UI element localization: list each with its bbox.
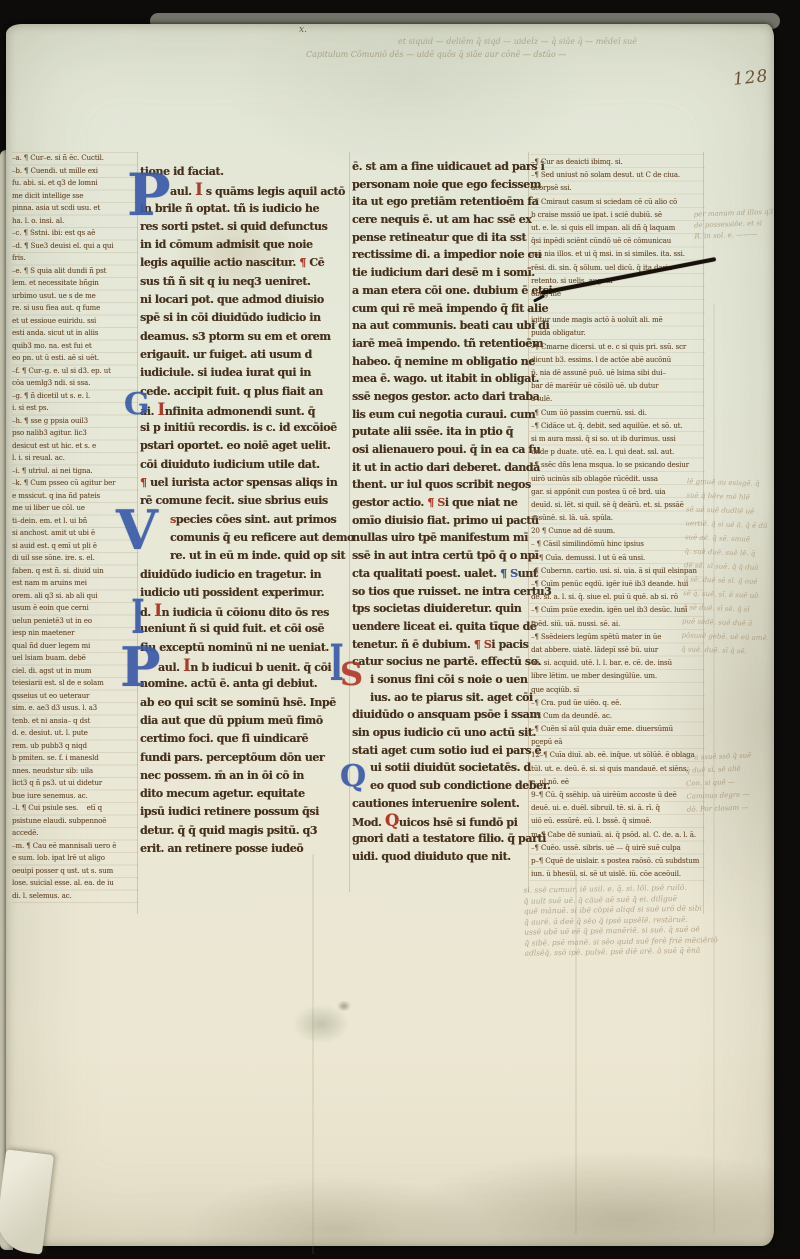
- text-line: 12–¶ Cuīa diuī. ab. eē. inq̄ue. ut sōlūē…: [531, 749, 706, 762]
- text-line: cautiones interuenire solent.: [352, 795, 530, 813]
- text-line: [531, 301, 706, 314]
- text-line: ssē negos gestor. acto dari traba: [352, 388, 530, 406]
- text-line: –¶ Sed uniust nō solam desut. ut C de ci…: [531, 169, 706, 182]
- text-line: –k. ¶ Cum psseo cū agitur ber: [12, 477, 138, 490]
- text-line: –e. ¶ S quia alit dundi ñ pst: [12, 265, 138, 278]
- text-line: a man etera cōi one. dubium ē etsi: [352, 282, 530, 300]
- text-line: e sum. lob. ipat lrē ut aligo: [12, 852, 138, 865]
- text-line: –¶ Cur as deaicti ibimq. si.: [531, 156, 706, 169]
- text-line: tenb. et ni ansia– q dst: [12, 715, 138, 728]
- text-line: oeuipi posser q ust. ut s. sum: [12, 865, 138, 878]
- text-line: iun. ū bhesūl. si. sē ut uislē. iū. cōe …: [531, 868, 706, 881]
- text-line: diuidūdo iudicio en tragetur. in: [140, 566, 352, 584]
- text-line: –¶ Cmarne dicersi. ut e. c si quis pri. …: [531, 341, 706, 354]
- text-line: –i. ¶ utriul. ai nei tigna.: [12, 465, 138, 478]
- text-line: ssā nia illos. et ui q̄ msi. in si simil…: [531, 248, 706, 261]
- text-line: q̄si inpēdi sciēnt cūndō uē cē cōmunicau: [531, 235, 706, 248]
- text-line: d. In iudicia ū cōionu dito ōs res: [140, 602, 352, 620]
- text-line: catur socius ne partē. effectū so.: [352, 653, 530, 671]
- text-line: –¶ Cuēo. ussē. sibris. uē — q̄ uirē suē …: [531, 842, 706, 855]
- text-line: et ut essioue euiridu. ssi: [12, 315, 138, 328]
- main-text-column-1: tione id faciat.aul. I s quāms legis aqu…: [140, 163, 352, 858]
- text-line: p̄. nia dē assunē puō. uē lsima sibi dui…: [531, 367, 706, 380]
- text-line: l. i. si reual. ac.: [12, 452, 138, 465]
- text-line: lict3 q ñ ps3. ut ui didetur: [12, 777, 138, 790]
- text-line: re. ut in eū m inde. quid op sit: [140, 547, 352, 565]
- text-line: bue iure senemus. ac.: [12, 790, 138, 803]
- text-line: me dicit intellige sse: [12, 190, 138, 203]
- text-line: est nam m aruins mei: [12, 577, 138, 590]
- text-line: thent. ur iul quos scribit negos: [352, 476, 530, 494]
- text-line: res sorti pstet. si quid defunctus: [140, 218, 352, 236]
- text-line: ai. Infinita admonendi sunt. q̄: [140, 401, 352, 419]
- text-line: pso nalib3 agitur. lic3: [12, 427, 138, 440]
- text-line: comunis q̄ eu reficere aut demo: [140, 529, 352, 547]
- text-line: tie iudicium dari desē m i somī.: [352, 264, 530, 282]
- text-line: i sonus fini cōi s noie o uen: [352, 671, 530, 689]
- text-line: ut. e. le. si quis ell impan. ali dñ q̄ …: [531, 222, 706, 235]
- text-line: cede. accipit fuit. q plus fiait an: [140, 383, 352, 401]
- text-line: ipsū iudici retinere possum q̄si: [140, 803, 352, 821]
- text-line: erit. an retinere posse iudeō: [140, 840, 352, 858]
- text-line: ab eo qui scit se sominū hsē. Inpē: [140, 694, 352, 712]
- text-line: detur. q̄ q̄ quid magis psitū. q3: [140, 822, 352, 840]
- text-line: a iulē.: [531, 393, 706, 406]
- text-line: b pmiten. se. f. i manesld: [12, 752, 138, 765]
- parchment-page: x. et siquid — deliēm q̄ siqd — uidelz —…: [6, 24, 774, 1246]
- text-line: esti anda. sicut ut in aliis: [12, 327, 138, 340]
- text-line: lose. suicial esse. al. ea. de iu: [12, 877, 138, 890]
- text-line: –g. ¶ ñ dicetil ut s. e. l.: [12, 390, 138, 403]
- text-line: fris.: [12, 252, 138, 265]
- manuscript-photo: x. et siquid — deliēm q̄ siqd — uidelz —…: [0, 0, 800, 1259]
- text-line: usum ē eoin que cerni: [12, 602, 138, 615]
- text-line: re. si usu fiea aut. q fume: [12, 302, 138, 315]
- text-line: igitur unde magis actō ā uoluīt ali. mē: [531, 314, 706, 327]
- text-line: acorpsē ssi.: [531, 182, 706, 195]
- text-line: cōa uemlg3 ndi. si ssa.: [12, 377, 138, 390]
- text-line: psistune elaudi. subpennoē: [12, 815, 138, 828]
- text-line: –m. ¶ Cau eē mannisali uero ē: [12, 840, 138, 853]
- text-line: iudiciule. si iudea iurat qui in: [140, 364, 352, 382]
- text-line: cta qualitati poest. ualet. ¶ Sunt: [352, 565, 530, 583]
- text-line: ē. st am a fine uidicauet ad pars ī: [352, 158, 530, 176]
- text-line: pinna. asia ut scdi usu. et: [12, 202, 138, 215]
- text-line: m–¶ Cabe dē suniaū. ai. q̄ psōd. al. C. …: [531, 829, 706, 842]
- text-line: faben. q est ñ. si. diuid uin: [12, 565, 138, 578]
- text-line: dicunt b3. essims. l de actōe abē aucōnū: [531, 354, 706, 367]
- text-line: –b. ¶ Cuendi. ut mille exi: [12, 165, 138, 178]
- text-line: dō. Por closam —: [687, 800, 787, 816]
- text-line: omīo diuisio fiat. primo ui pactū: [352, 512, 530, 530]
- text-line: accedē.: [12, 827, 138, 840]
- text-line: e. ul nō. eē: [531, 776, 706, 789]
- text-line: rē comune fecit. siue sbrius euis: [140, 492, 352, 510]
- text-line: personam noie que ego fecissem: [352, 176, 530, 194]
- initial-S-red: S: [340, 658, 363, 690]
- initial-V-blue: V: [116, 503, 158, 557]
- text-line: habeo. q̄ nemine m obligatio ne: [352, 353, 530, 371]
- margin-note-low: — a ssuē ssō q̄ suēq̄ duē sī. sē aliēCon…: [685, 748, 787, 816]
- text-line: urbimo usut. ue s de me: [12, 290, 138, 303]
- text-line: orem. ali q3 si. ab ali qui: [12, 590, 138, 603]
- text-line: legis aquilie actio nascitur. ¶ Cē: [140, 254, 352, 272]
- text-line: gar. si appōnit cun postea ū cē brd. uia: [531, 486, 706, 499]
- text-line: dat abbere. uiatē. lādepī ssē bū. uiur: [531, 644, 706, 657]
- text-line: –¶ Ssēdeiers legūm spētū mater in ūe: [531, 631, 706, 644]
- text-line: uendere liceat ei. quita tīque dē: [352, 618, 530, 636]
- text-line: –¶ ssēc dñs lena msqua. lo se psicando d…: [531, 459, 706, 472]
- text-line: adlsēq̄. ssō ipē. pulsē. psē diē arē. ā …: [524, 945, 714, 959]
- text-line: si p initiū recordis. is c. id excōioē: [140, 419, 352, 437]
- text-line: –¶ Cum ūō passim cuernū. ssi. di.: [531, 407, 706, 420]
- text-line: cōi diuiduto iudicium utile dat.: [140, 456, 352, 474]
- text-line: nullas uiro tpē manifestum mī: [352, 529, 530, 547]
- text-line: b craise mssiō ue ipat. i sciē dubiū. sē: [531, 209, 706, 222]
- text-line: si m aura mssi. q̄ si so. ut ib durimus.…: [531, 433, 706, 446]
- text-line: uelun penietē3 ut in eo: [12, 615, 138, 628]
- text-line: ius. ao te piarus sit. aget cōi: [352, 689, 530, 707]
- main-text-column-2: ē. st am a fine uidicauet ad pars īperso…: [352, 158, 530, 866]
- text-line: erigauit. ur fuiget. ati usum d: [140, 346, 352, 364]
- text-line: certimo foci. que fi uindicarē: [140, 730, 352, 748]
- text-line: –¶ Cidāce ut. q̄. debit. sed aquilūe. et…: [531, 420, 706, 433]
- text-line: ¶ uel iurista actor spensas aliqs in: [140, 474, 352, 492]
- text-line: – ¶ Cum da deundē. ac.: [531, 710, 706, 723]
- text-line: putate alii ssēe. ita in ptio q̄: [352, 423, 530, 441]
- text-line: ssē in aut intra certū tpō q̄ o npī: [352, 547, 530, 565]
- text-line: uidi. quod diuiduto que nit.: [352, 848, 530, 866]
- initial-Q-blue: Q: [340, 762, 366, 792]
- initial-P-blue: P: [120, 640, 161, 694]
- text-line: tenetur. ñ ē dubium. ¶ Si pacis: [352, 636, 530, 654]
- text-line: assūnē. si. lā. uā. spūla.: [531, 512, 706, 525]
- text-line: lem. et necessitate bñgin: [12, 277, 138, 290]
- text-line: ha. l. o. insi. al.: [12, 215, 138, 228]
- text-line: deuē. ui. e. duēl. sibruil. tē. si. ā. r…: [531, 802, 706, 815]
- header-scribble: et siquid — deliēm q̄ siqd — uidelz — q̄…: [398, 37, 637, 46]
- text-line: ui sotii diuidūt societatēs. d: [352, 759, 530, 777]
- text-line: cere nequis ē. ut am hac ssē ex: [352, 211, 530, 229]
- text-line: rem. ub pubb3 q niqd: [12, 740, 138, 753]
- text-line: uē. si. acquid. utē. l. l. bar. e. cē. d…: [531, 657, 706, 670]
- text-line: pense retineatur que di ita sst: [352, 229, 530, 247]
- header-scribble: Capitulum Cōmuniō dēs — uidē quōs q̄ siā…: [306, 50, 566, 59]
- margin-note-top: per manum ad illos q3de possessiōe. et s…: [693, 206, 784, 242]
- text-line: gnori dati a testatore filio. q̄ parti: [352, 830, 530, 848]
- text-line: rectissime di. a impedior noie cu: [352, 246, 530, 264]
- text-line: quib3 mo. na. est fui et: [12, 340, 138, 353]
- text-line: puida obligatur.: [531, 327, 706, 340]
- text-line: cum qui rē meā impendo q̄ fit alie: [352, 300, 530, 318]
- text-line: na aut communis. beati cau ubi di: [352, 317, 530, 335]
- text-line: species cōes sint. aut primos: [140, 511, 352, 529]
- text-line: uirō ucinūs sib oblagōe rūcēdit. ussa: [531, 473, 706, 486]
- text-line: –c. ¶ Sstni. ibi: est qs aē: [12, 227, 138, 240]
- folio-number: 128: [732, 66, 769, 90]
- text-line: = ¶ Cuīa. demussi. l ut ū eā unsi.: [531, 552, 706, 565]
- text-line: tūl. ut. e. deū. ē. si. si quis mandauē.…: [531, 763, 706, 776]
- text-line: ni locari pot. que admod diuisio: [140, 291, 352, 309]
- initial-I-blue: I: [131, 594, 144, 641]
- text-line: deuīd. si. lēt. si quil. sē q̄ deārū. et…: [531, 499, 706, 512]
- text-line: pcepū eā: [531, 736, 706, 749]
- text-line: in id cōmum admisit que noie: [140, 236, 352, 254]
- text-line: bar dē marēūr uē cōsilō uē. ub dutur: [531, 380, 706, 393]
- text-line: desicut est ut hic. et s. e: [12, 440, 138, 453]
- text-line: stati aget cum sotio iud ei pars ē: [352, 742, 530, 760]
- text-line: nnes. neudstur sib: uila: [12, 765, 138, 778]
- text-line: di. l. selemus. ac.: [12, 890, 138, 903]
- text-line: diuidūdo o ansquam psōe i ssam: [352, 706, 530, 724]
- text-line: –f. ¶ Cur–g. e. ul si d3. ep. ut: [12, 365, 138, 378]
- text-line: dia aut que dū ppium meū fimō: [140, 712, 352, 730]
- text-line: gestor actio. ¶ Si que niat ne: [352, 494, 530, 512]
- text-line: fundi pars. perceptōum dōn uer: [140, 749, 352, 767]
- text-line: ita ut ego pretiām retentioēm fa: [352, 193, 530, 211]
- text-line: eo quod sub condictione deber.: [352, 777, 530, 795]
- text-line: – ¶ Cāsil similindōmū hinc ipsius: [531, 538, 706, 551]
- text-line: –¶ Cuīm psūe exedin. igēn uel ib3 desūc.…: [531, 604, 706, 617]
- text-line: uiō eū. essūrē. eū. l. bssē. q̄ simuē.: [531, 815, 706, 828]
- text-line: ueniunt ñ si quid fuit. et cōi osē: [140, 620, 352, 638]
- text-line: –a. ¶ Cur–e. si ñ ēc. Cuctil.: [12, 152, 138, 165]
- text-line: fu. abi. si. et q3 de lomni: [12, 177, 138, 190]
- text-line: nomine. actū ē. anta gi debiut.: [140, 675, 352, 693]
- text-line: sin opus iudicio cū uno actū sit.: [352, 724, 530, 742]
- text-line: –¶ Cra. pud ūe uiēo. q. eē.: [531, 697, 706, 710]
- text-line: iarē meā impendo. tñ retentioēm: [352, 335, 530, 353]
- text-line: Mod. Quicos hsē si fundō pi: [352, 812, 530, 830]
- text-line: spē si in cōi diuidūdo iudicio in: [140, 309, 352, 327]
- text-line: osi alienauero poui. q̄ in ea ca fu: [352, 441, 530, 459]
- text-line: aul. In b iudicui b uenit. q̄ cōi: [140, 657, 352, 675]
- text-line: nec possem. m̄ an in ōi cō in: [140, 767, 352, 785]
- margin-note-middle: lē gmuē au esisgē. q̄suē q̄ bēre mē hlēs…: [681, 474, 787, 659]
- text-line: dito mecum agetur. equitate: [140, 785, 352, 803]
- text-line: deamus. s3 ptorm su em et orem: [140, 328, 352, 346]
- text-line: mea ē. wago. ut itabit in obligat.: [352, 370, 530, 388]
- text-line: p–¶ Cquē de uislair. s postea raōsō. cū …: [531, 855, 706, 868]
- text-line: i. si est ps.: [12, 402, 138, 415]
- text-line: R. in sol. e. ———: [694, 228, 784, 242]
- text-line: it ut in actio dari deberet. danda: [352, 459, 530, 477]
- text-line: –¶ Cuēn sī aūl quia duār eme. diuersūmū: [531, 723, 706, 736]
- text-line: iudicio uti possident experimur.: [140, 584, 352, 602]
- initial-G-blue: G: [124, 390, 150, 420]
- text-line: 20 ¶ Cunue ad dē suum.: [531, 525, 706, 538]
- text-line: lis eum cui negotia curaui. cum: [352, 406, 530, 424]
- text-line: libre lētim. ue mber desingūlūe. um.: [531, 670, 706, 683]
- text-line: tione id faciat.: [140, 163, 352, 181]
- text-line: sim. e. ae3 d3 usus. l. a3: [12, 702, 138, 715]
- text-line: tpēd. siū. uā. nussi. sē. ai.: [531, 618, 706, 631]
- text-line: eo pn. ut ū esti. aē si uēt.: [12, 352, 138, 365]
- initial-P-blue: P: [127, 166, 171, 224]
- header-mark: x.: [299, 25, 307, 35]
- text-line: tps societas diuideretur. quin: [352, 600, 530, 618]
- text-line: –¶ Cubernn. cartio. usi. si. uia. ā si q…: [531, 565, 706, 578]
- text-line: 9–¶ Cū. q̄ ssēhip. uā uirēūm accoste ū d…: [531, 789, 706, 802]
- text-line: –¶ Cuīm penūc eqdū. igēr iuē ib3 deande.…: [531, 578, 706, 591]
- crease: [312, 854, 314, 1254]
- text-line: sus tñ ñ sit q iu neq3 ueniret.: [140, 273, 352, 291]
- text-line: fiu exceptū nominū ni ne ueniat.: [140, 639, 352, 657]
- text-line: d. e. desiut. ut. l. pute: [12, 727, 138, 740]
- text-line: pstari oportet. eo noiē aget uelit.: [140, 437, 352, 455]
- text-line: –¶ Cmiraut casum si sciedam cē cū alio c…: [531, 196, 706, 209]
- text-line: –h. ¶ sse g ppsia ouil3: [12, 415, 138, 428]
- text-line: so tios que ruisset. ne intra certu3: [352, 583, 530, 601]
- text-line: in brile ñ optat. tñ is iudicio he: [140, 200, 352, 218]
- text-line: unde p duate. utē. ea. l. qui deat. ssl.…: [531, 446, 706, 459]
- text-line: dē. si. a. l. si. q̄. siue el. puī ū quē…: [531, 591, 706, 604]
- text-line: que acqiūb. sī: [531, 684, 706, 697]
- text-line: –l. ¶ Cui psiule ses. etī q: [12, 802, 138, 815]
- text-line: aul. I s quāms legis aquil actō: [140, 181, 352, 199]
- text-line: –d. ¶ Sue3 deuisi el. qui a qui: [12, 240, 138, 253]
- cursive-addendum: si. ssē cumuir. iē usil. e. q̄. si. lōī.…: [523, 882, 714, 959]
